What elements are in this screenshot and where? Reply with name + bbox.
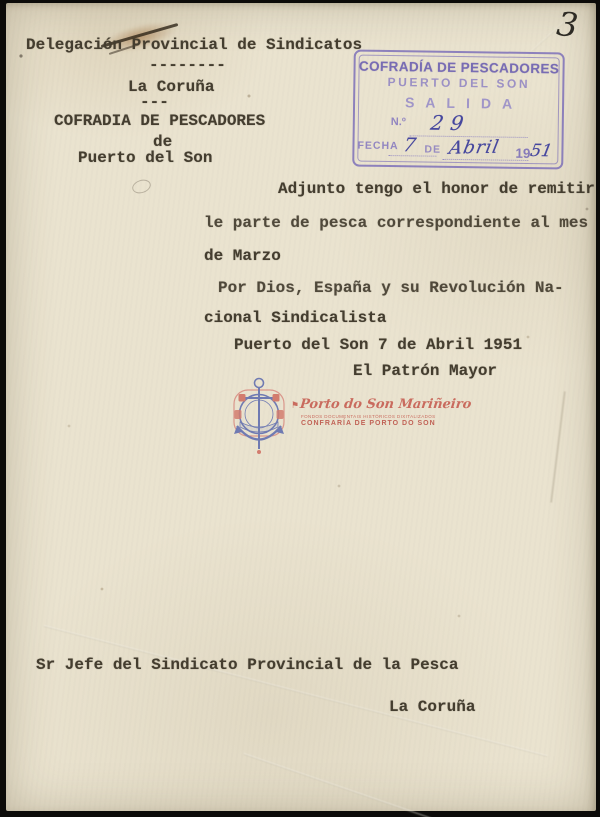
handwritten-page-number: 3 [555,4,581,45]
stamp-number-value: 29 [429,111,472,136]
digitization-watermark: ⚑ Porto do Son Mariñeiro FONDOS DOCUMENT… [226,373,421,465]
letterhead-entity: COFRADIA DE PESCADORES [54,113,265,129]
pencil-mark [130,177,152,195]
letterhead-divider-short: --- [140,94,169,110]
body-line-2: le parte de pesca correspondiente al mes [204,215,588,231]
stamp-number-label: N.º [391,116,406,128]
document-page: 3 Delegación Provincial de Sindicatos --… [6,3,596,811]
addressee-city: La Coruña [389,699,475,715]
stamp-salida-line: SALIDA [355,94,562,113]
body-line-4: Por Dios, España y su Revolución Na- [218,280,564,296]
body-line-3: de Marzo [204,248,281,264]
fold-crease [243,753,437,817]
scanner-background: 3 Delegación Provincial de Sindicatos --… [0,0,600,817]
stamp-date-day: 7 [401,134,417,156]
letterhead-org: Delegación Provincial de Sindicatos [26,37,362,53]
letterhead-entity-place: Puerto del Son [78,150,212,166]
flag-icon: ⚑ [291,400,299,411]
letterhead-divider: -------- [149,57,226,73]
stamp-place-line: PUERTO DEL SON [355,75,562,92]
stamp-date-month: Abril [447,137,501,159]
stamp-date-connector: DE [424,144,441,156]
letterhead-entity-de: de [153,134,172,150]
body-dateline: Puerto del Son 7 de Abril 1951 [234,337,522,353]
stamp-year-written: 51 [529,141,554,161]
body-line-5: cional Sindicalista [204,310,386,326]
anchor-emblem-icon [228,375,290,463]
watermark-org: CONFRARÍA DE PORTO DO SON [301,420,436,427]
watermark-title: Porto do Son Mariñeiro [299,397,472,412]
body-line-1: Adjunto tengo el honor de remitir [278,181,595,197]
paper-speckles [6,3,8,5]
margin-scratch [550,391,566,502]
stamp-date-label: FECHA [357,140,398,153]
watermark-subtitle: FONDOS DOCUMENTAIS HISTÓRICOS DIXITALIZA… [301,414,436,419]
stamp-org-line: COFRADÍA DE PESCADORES [355,59,562,77]
registry-stamp: COFRADÍA DE PESCADORES PUERTO DEL SON SA… [352,50,565,170]
addressee-line: Sr Jefe del Sindicato Provincial de la P… [36,657,458,673]
fold-crease [43,625,547,757]
